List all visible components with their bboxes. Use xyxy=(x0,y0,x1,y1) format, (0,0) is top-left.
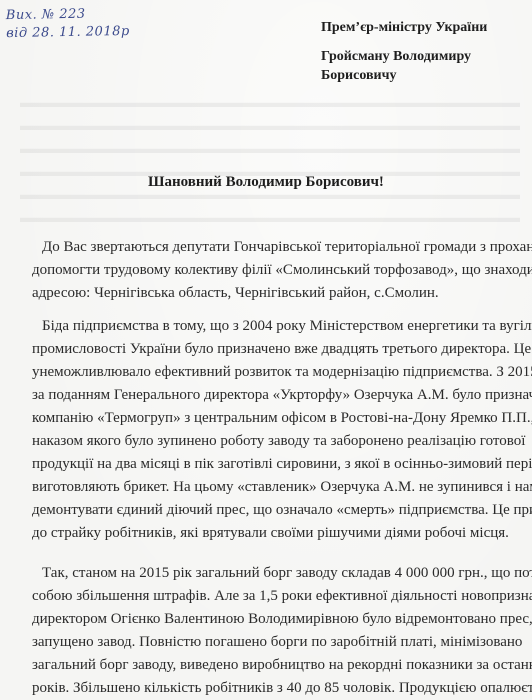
paragraph-line: до страйку робітників, які врятували сво… xyxy=(32,522,512,545)
salutation: Шановний Володимир Борисович! xyxy=(0,174,532,191)
paragraph-line: собою збільшення штрафів. Але за 1,5 рок… xyxy=(32,585,512,608)
paragraph-line: загальний борг заводу, виведено виробниц… xyxy=(32,654,512,677)
scanned-letter-page: ▬▬▬▬▬▬▬▬▬▬▬▬▬▬▬▬▬▬▬▬▬▬▬▬▬▬▬▬▬▬▬▬▬▬▬▬ ▬▬▬… xyxy=(0,0,532,700)
paragraph-line: виготовляють брикет. На цьому «ставленик… xyxy=(32,476,512,499)
paragraph-line: за поданням Генерального директора «Укрт… xyxy=(32,384,512,407)
paragraph-line: років. Збільшено кількість робітників з … xyxy=(32,677,512,700)
paragraph-line: допомогти трудовому колективу філії «Смо… xyxy=(32,259,512,282)
outgoing-number: Вих. № 223 xyxy=(6,5,130,25)
paragraph-line: До Вас звертаються депутати Гончарівсько… xyxy=(32,236,512,259)
paragraph-line: адресою: Чернігівська область, Чернігівс… xyxy=(32,282,512,305)
paragraph-line: промисловості України було призначено вж… xyxy=(32,338,512,361)
paragraph-line: Так, станом на 2015 рік загальний борг з… xyxy=(32,562,512,585)
addressee-name-line2: Борисовичу xyxy=(321,66,487,85)
paragraph-line: запущено завод. Повністю погашено борги … xyxy=(32,631,512,654)
paragraph-problem: Біда підприємства в тому, що з 2004 року… xyxy=(32,315,512,545)
paragraph-line: компанію «Термогруп» з центральним офісо… xyxy=(32,407,512,430)
paragraph-line: директором Огієнко Валентиною Володимирі… xyxy=(32,608,512,631)
paragraph-line: Біда підприємства в тому, що з 2004 року… xyxy=(32,315,512,338)
outgoing-date: від 28. 11. 2018р xyxy=(6,23,130,43)
paragraph-appeal: До Вас звертаються депутати Гончарівсько… xyxy=(32,236,512,305)
paragraph-line: наказом якого було зупинено роботу завод… xyxy=(32,430,512,453)
paragraph-results: Так, станом на 2015 рік загальний борг з… xyxy=(32,562,512,700)
paragraph-line: продукції на два місяці в пік заготівлі … xyxy=(32,453,512,476)
paragraph-line: унеможливлювало ефективний розвиток та м… xyxy=(32,361,512,384)
addressee-block: Прем’єр-міністру України Гройсману Волод… xyxy=(321,18,487,85)
addressee-name-line1: Гройсману Володимиру xyxy=(321,47,487,66)
addressee-position: Прем’єр-міністру України xyxy=(321,18,487,37)
paragraph-line: демонтувати єдиний діючий прес, що означ… xyxy=(32,499,512,522)
registration-stamp-handwritten: Вих. № 223 від 28. 11. 2018р xyxy=(6,5,130,43)
